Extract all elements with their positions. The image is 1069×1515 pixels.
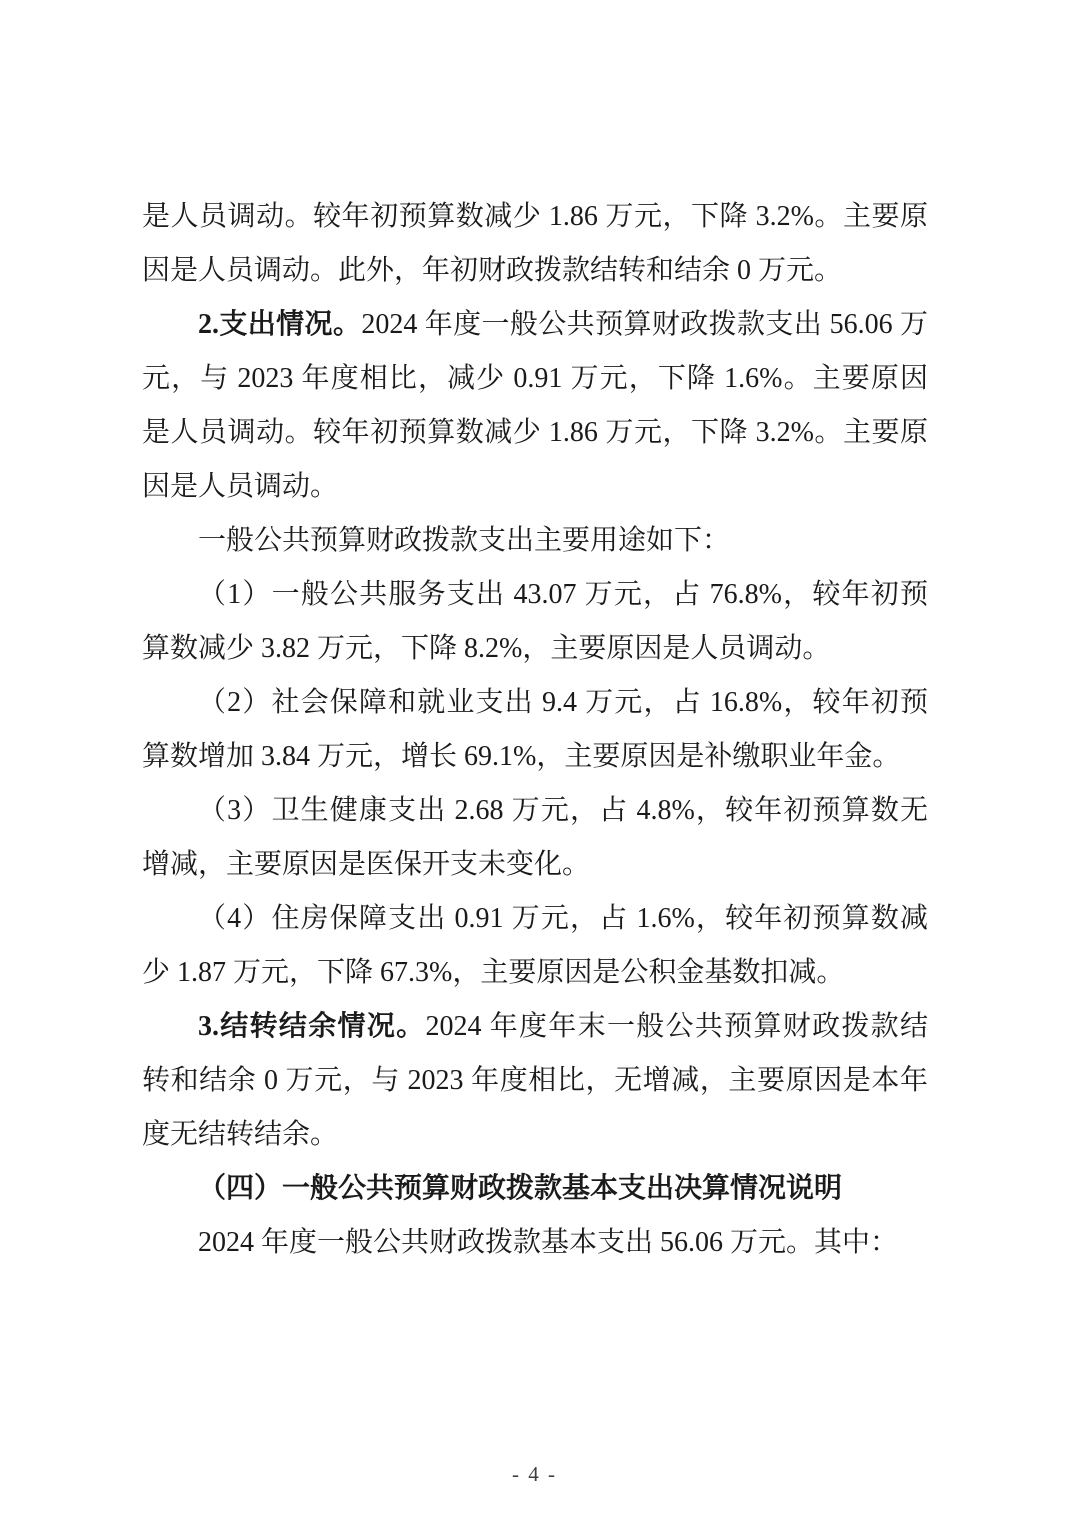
text-run: 2024 年度一般公共预算财政拨款支出 56.06 万 — [361, 309, 928, 340]
text-run: 少 1.87 万元，下降 67.3%，主要原因是公积金基数扣减。 — [142, 957, 844, 988]
bold-text-run: 3.结转结余情况。 — [198, 1011, 425, 1042]
text-line: 2024 年度一般公共财政拨款基本支出 56.06 万元。其中： — [142, 1216, 928, 1270]
text-run: 元，与 2023 年度相比，减少 0.91 万元，下降 1.6%。主要原因 — [142, 363, 928, 394]
text-run: （1）一般公共服务支出 43.07 万元，占 76.8%，较年初预 — [198, 579, 928, 610]
text-line: 因是人员调动。 — [142, 460, 928, 514]
text-run: 算数减少 3.82 万元，下降 8.2%，主要原因是人员调动。 — [142, 633, 830, 664]
text-line: 是人员调动。较年初预算数减少 1.86 万元，下降 3.2%。主要原 — [142, 190, 928, 244]
text-line: （3）卫生健康支出 2.68 万元，占 4.8%，较年初预算数无 — [142, 784, 928, 838]
text-line: 少 1.87 万元，下降 67.3%，主要原因是公积金基数扣减。 — [142, 946, 928, 1000]
text-run: 算数增加 3.84 万元，增长 69.1%，主要原因是补缴职业年金。 — [142, 741, 900, 772]
text-line: 算数减少 3.82 万元，下降 8.2%，主要原因是人员调动。 — [142, 622, 928, 676]
text-run: 一般公共预算财政拨款支出主要用途如下： — [198, 525, 730, 556]
text-line: 转和结余 0 万元，与 2023 年度相比，无增减，主要原因是本年 — [142, 1054, 928, 1108]
page-number: - 4 - — [0, 1462, 1069, 1487]
text-run: （2）社会保障和就业支出 9.4 万元，占 16.8%，较年初预 — [198, 687, 928, 718]
text-run: 是人员调动。较年初预算数减少 1.86 万元，下降 3.2%。主要原 — [142, 201, 928, 232]
text-run: 因是人员调动。此外，年初财政拨款结转和结余 0 万元。 — [142, 255, 842, 286]
text-line: （1）一般公共服务支出 43.07 万元，占 76.8%，较年初预 — [142, 568, 928, 622]
text-run: 2024 年度一般公共财政拨款基本支出 56.06 万元。其中： — [198, 1227, 898, 1258]
text-run: 是人员调动。较年初预算数减少 1.86 万元，下降 3.2%。主要原 — [142, 417, 928, 448]
text-run: 因是人员调动。 — [142, 471, 338, 502]
text-line: 因是人员调动。此外，年初财政拨款结转和结余 0 万元。 — [142, 244, 928, 298]
text-run: 转和结余 0 万元，与 2023 年度相比，无增减，主要原因是本年 — [142, 1065, 928, 1096]
text-run: （4）住房保障支出 0.91 万元，占 1.6%，较年初预算数减 — [198, 903, 928, 934]
bold-text-run: （四）一般公共预算财政拨款基本支出决算情况说明 — [198, 1173, 842, 1204]
text-line: 3.结转结余情况。2024 年度年末一般公共预算财政拨款结 — [142, 1000, 928, 1054]
text-run: 增减，主要原因是医保开支未变化。 — [142, 849, 590, 880]
bold-text-run: 2.支出情况。 — [198, 309, 361, 340]
document-page: 是人员调动。较年初预算数减少 1.86 万元，下降 3.2%。主要原因是人员调动… — [0, 0, 1069, 1515]
document-body: 是人员调动。较年初预算数减少 1.86 万元，下降 3.2%。主要原因是人员调动… — [142, 190, 928, 1270]
text-line: 元，与 2023 年度相比，减少 0.91 万元，下降 1.6%。主要原因 — [142, 352, 928, 406]
text-run: （3）卫生健康支出 2.68 万元，占 4.8%，较年初预算数无 — [198, 795, 928, 826]
text-line: （4）住房保障支出 0.91 万元，占 1.6%，较年初预算数减 — [142, 892, 928, 946]
text-line: 度无结转结余。 — [142, 1108, 928, 1162]
text-run: 2024 年度年末一般公共预算财政拨款结 — [425, 1011, 928, 1042]
text-line: 是人员调动。较年初预算数减少 1.86 万元，下降 3.2%。主要原 — [142, 406, 928, 460]
text-line: 算数增加 3.84 万元，增长 69.1%，主要原因是补缴职业年金。 — [142, 730, 928, 784]
text-line: （四）一般公共预算财政拨款基本支出决算情况说明 — [142, 1162, 928, 1216]
text-line: 一般公共预算财政拨款支出主要用途如下： — [142, 514, 928, 568]
text-line: （2）社会保障和就业支出 9.4 万元，占 16.8%，较年初预 — [142, 676, 928, 730]
text-line: 增减，主要原因是医保开支未变化。 — [142, 838, 928, 892]
text-line: 2.支出情况。2024 年度一般公共预算财政拨款支出 56.06 万 — [142, 298, 928, 352]
text-run: 度无结转结余。 — [142, 1119, 338, 1150]
